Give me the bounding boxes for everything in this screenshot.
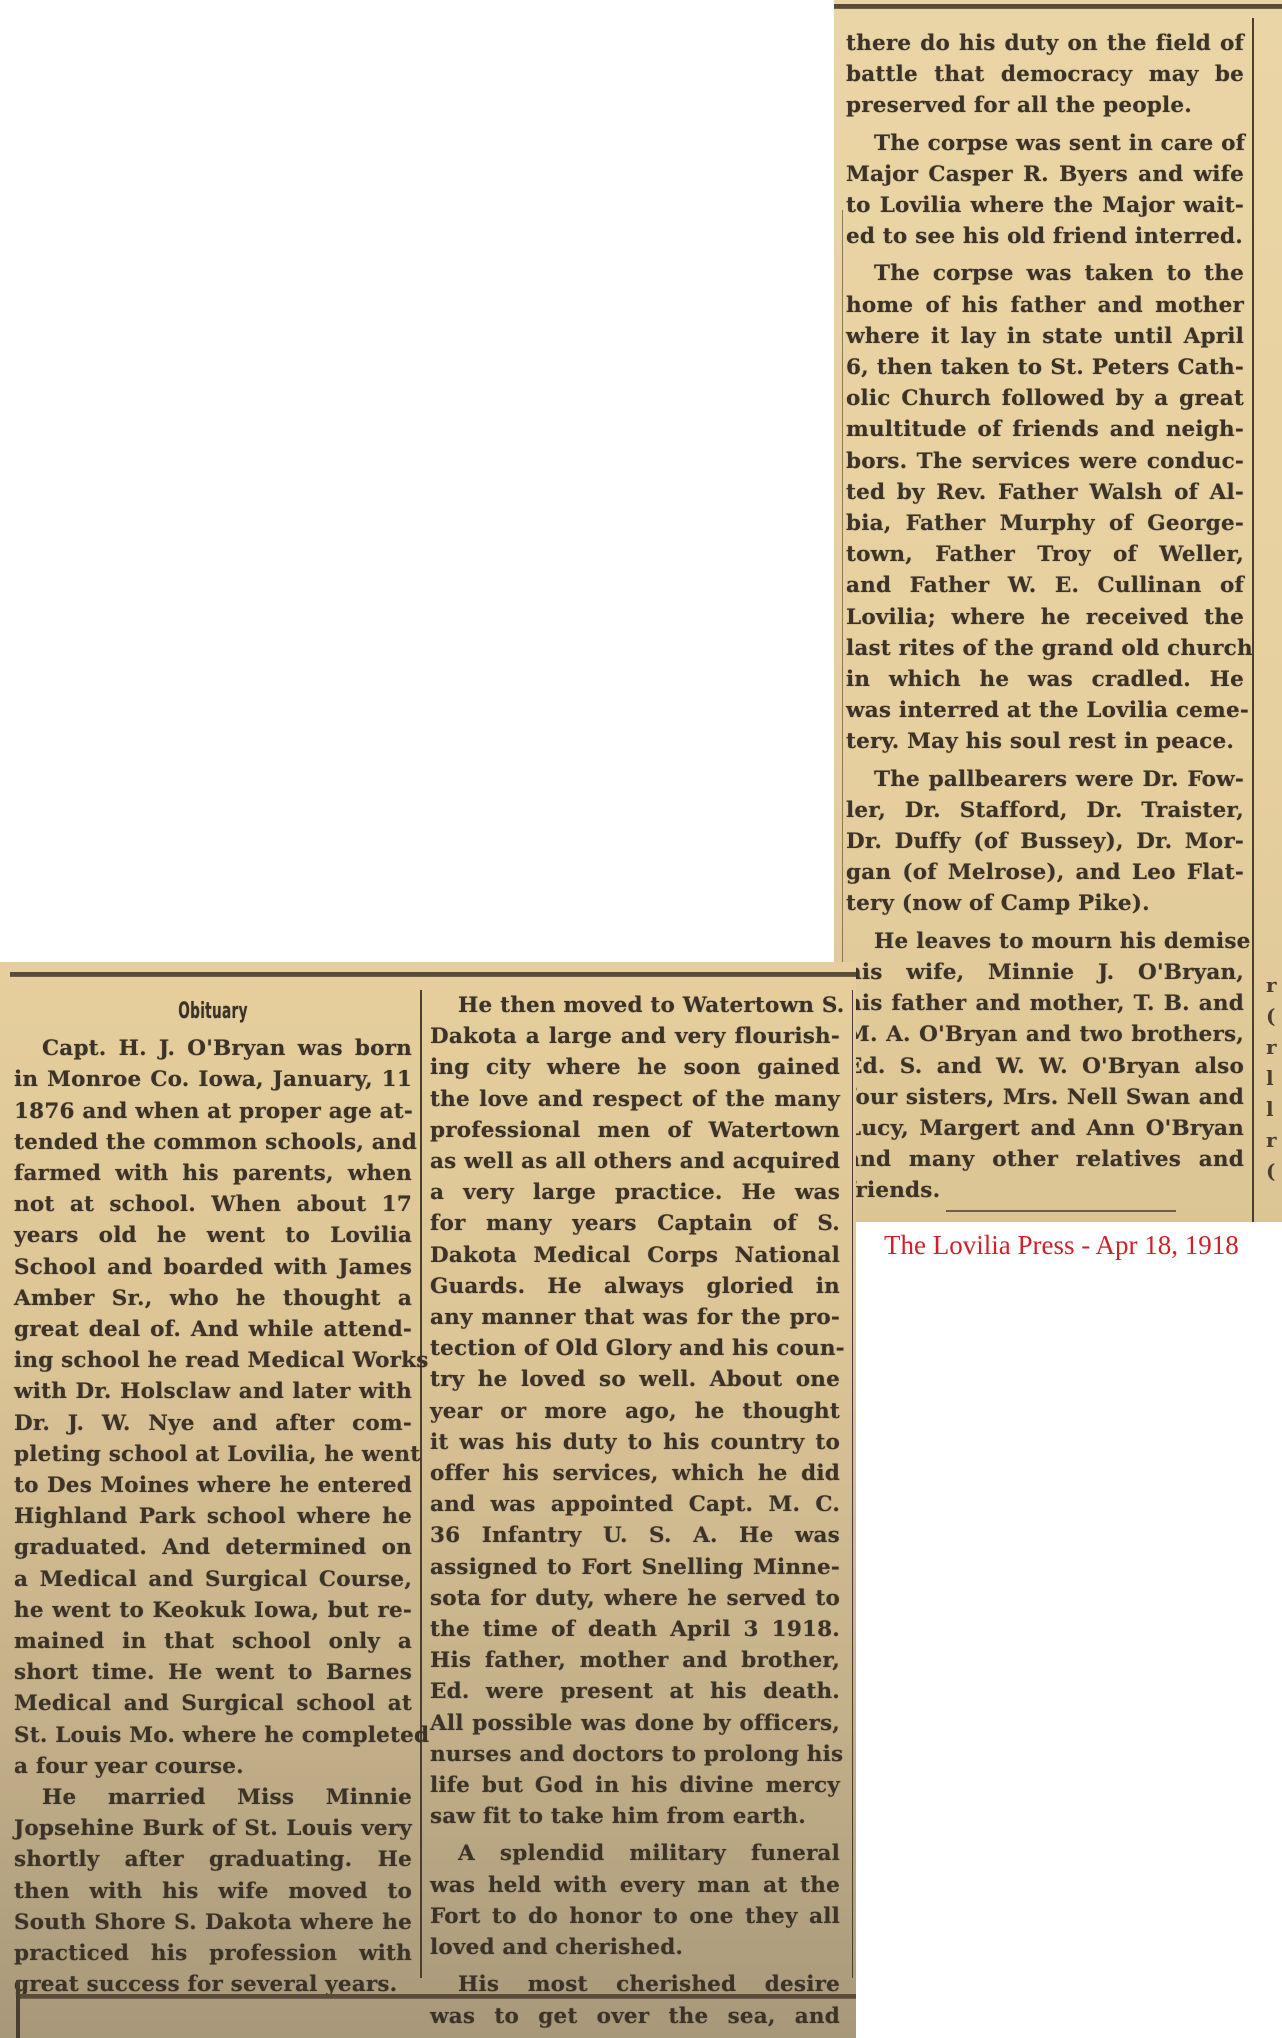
text-line: School and boarded with James — [14, 1252, 412, 1283]
text-line: years old he went to Lovilia — [14, 1220, 412, 1251]
paragraph: He leaves to mourn his demisehis wife, M… — [846, 926, 1244, 1207]
top-rule — [834, 4, 1282, 9]
text-line: try he loved so well. About one — [430, 1364, 840, 1395]
fragment-char: l — [1266, 1094, 1282, 1125]
text-line: ing city where he soon gained — [430, 1052, 840, 1083]
text-line: ing school he read Medical Works — [14, 1345, 412, 1376]
text-line: Highland Park school where he — [14, 1501, 412, 1532]
text-line: with Dr. Holsclaw and later with — [14, 1376, 412, 1407]
text-line: the time of death April 3 1918. — [430, 1614, 840, 1645]
text-line: Dakota a large and very flourish- — [430, 1021, 840, 1052]
end-rule — [946, 1210, 1176, 1212]
article-column-3: there do his duty on the field ofbattle … — [846, 28, 1244, 1207]
text-line: 6, then taken to St. Peters Cath- — [846, 352, 1244, 383]
column-divider-right — [852, 990, 853, 1978]
paragraph: there do his duty on the field ofbattle … — [846, 28, 1244, 122]
text-line: loved and cherished. — [430, 1932, 840, 1963]
text-line: South Shore S. Dakota where he — [14, 1907, 412, 1938]
text-line: Lovilia; where he received the — [846, 602, 1244, 633]
text-line: He married Miss Minnie — [14, 1782, 412, 1813]
text-line: Dakota Medical Corps National — [430, 1240, 840, 1271]
text-line: short time. He went to Barnes — [14, 1657, 412, 1688]
text-line: The corpse was taken to the — [846, 258, 1244, 289]
text-line: assigned to Fort Snelling Minne- — [430, 1552, 840, 1583]
text-line: as well as all others and acquired — [430, 1146, 840, 1177]
text-line: to Des Moines where he entered — [14, 1470, 412, 1501]
text-line: tection of Old Glory and his coun- — [430, 1333, 840, 1364]
text-line: life but God in his divine mercy — [430, 1770, 840, 1801]
paragraph: He then moved to Watertown S.Dakota a la… — [430, 990, 840, 1832]
source-caption: The Lovilia Press - Apr 18, 1918 — [884, 1230, 1239, 1261]
paragraph: A splendid military funeralwas held with… — [430, 1838, 840, 1963]
text-line: a Medical and Surgical Course, — [14, 1564, 412, 1595]
text-line: where it lay in state until April — [846, 321, 1244, 352]
text-line: friends. — [846, 1175, 1244, 1206]
article-heading: Obituary — [90, 996, 337, 1027]
text-line: home of his father and mother — [846, 290, 1244, 321]
bottom-rule — [16, 1994, 856, 1999]
text-line: and was appointed Capt. M. C. — [430, 1489, 840, 1520]
column-divider — [1252, 18, 1254, 1222]
text-line: bors. The services were conduc- — [846, 446, 1244, 477]
fragment-char: l — [1266, 1063, 1282, 1094]
text-line: mained in that school only a — [14, 1626, 412, 1657]
bottom-corner-mark — [16, 1980, 20, 2038]
text-line: His father, mother and brother, — [430, 1645, 840, 1676]
clipping-continuation: there do his duty on the field ofbattle … — [834, 0, 1282, 1222]
paragraph: Capt. H. J. O'Bryan was bornin Monroe Co… — [14, 1033, 412, 1782]
text-line: The corpse was sent in care of — [846, 128, 1244, 159]
text-line: tended the common schools, and — [14, 1127, 412, 1158]
paragraph: The pallbearers were Dr. Fow-ler, Dr. St… — [846, 764, 1244, 920]
text-line: practiced his profession with — [14, 1938, 412, 1969]
text-line: St. Louis Mo. where he completed — [14, 1720, 412, 1751]
column-divider — [420, 990, 422, 1978]
text-line: to Lovilia where the Major wait- — [846, 190, 1244, 221]
text-line: then with his wife moved to — [14, 1876, 412, 1907]
text-line: Ed. were present at his death. — [430, 1676, 840, 1707]
text-line: 36 Infantry U. S. A. He was — [430, 1520, 840, 1551]
text-line: shortly after graduating. He — [14, 1844, 412, 1875]
fragment-char: r — [1266, 1125, 1282, 1156]
text-line: his wife, Minnie J. O'Bryan, — [846, 957, 1244, 988]
text-line: Major Casper R. Byers and wife — [846, 159, 1244, 190]
text-line: town, Father Troy of Weller, — [846, 539, 1244, 570]
text-line: He leaves to mourn his demise — [846, 926, 1244, 957]
text-line: professional men of Watertown — [430, 1115, 840, 1146]
clipping-obituary: Obituary Capt. H. J. O'Bryan was bornin … — [0, 962, 856, 2038]
text-line: was held with every man at the — [430, 1870, 840, 1901]
text-line: a four year course. — [14, 1751, 412, 1782]
text-line: and many other relatives and — [846, 1144, 1244, 1175]
text-line: M. A. O'Bryan and two brothers, — [846, 1019, 1244, 1050]
text-line: Jopsehine Burk of St. Louis very — [14, 1813, 412, 1844]
text-line: He then moved to Watertown S. — [430, 990, 840, 1021]
paragraph: His most cherished desirewas to get over… — [430, 1969, 840, 2031]
text-line: ted by Rev. Father Walsh of Al- — [846, 477, 1244, 508]
text-line: four sisters, Mrs. Nell Swan and — [846, 1082, 1244, 1113]
text-line: nurses and doctors to prolong his — [430, 1739, 840, 1770]
text-line: 1876 and when at proper age at- — [14, 1096, 412, 1127]
text-line: and Father W. E. Cullinan of — [846, 570, 1244, 601]
text-line: gan (of Melrose), and Leo Flat- — [846, 857, 1244, 888]
text-line: was interred at the Lovilia ceme- — [846, 695, 1244, 726]
text-line: a very large practice. He was — [430, 1177, 840, 1208]
text-line: it was his duty to his country to — [430, 1427, 840, 1458]
paragraph: He married Miss MinnieJopsehine Burk of … — [14, 1782, 412, 2000]
text-line: Dr. Duffy (of Bussey), Dr. Mor- — [846, 826, 1244, 857]
article-column-1: Obituary Capt. H. J. O'Bryan was bornin … — [14, 992, 412, 2001]
text-line: pleting school at Lovilia, he went — [14, 1439, 412, 1470]
text-line: was to get over the sea, and — [430, 2001, 840, 2032]
article-column-2: He then moved to Watertown S.Dakota a la… — [430, 990, 840, 2032]
text-line: All possible was done by officers, — [430, 1708, 840, 1739]
fragment-char: r — [1266, 1032, 1282, 1063]
text-line: battle that democracy may be — [846, 59, 1244, 90]
text-line: last rites of the grand old church — [846, 633, 1244, 664]
text-line: Fort to do honor to one they all — [430, 1901, 840, 1932]
fragment-char: ( — [1266, 1156, 1282, 1187]
text-line: year or more ago, he thought — [430, 1396, 840, 1427]
text-line: Dr. J. W. Nye and after com- — [14, 1408, 412, 1439]
text-line: Capt. H. J. O'Bryan was born — [14, 1033, 412, 1064]
text-line: Guards. He always gloried in — [430, 1271, 840, 1302]
text-line: the love and respect of the many — [430, 1084, 840, 1115]
text-line: graduated. And determined on — [14, 1532, 412, 1563]
text-line: Ed. S. and W. W. O'Bryan also — [846, 1051, 1244, 1082]
text-line: ler, Dr. Stafford, Dr. Traister, — [846, 795, 1244, 826]
text-line: his father and mother, T. B. and — [846, 988, 1244, 1019]
text-line: olic Church followed by a great — [846, 383, 1244, 414]
text-line: offer his services, which he did — [430, 1458, 840, 1489]
text-line: there do his duty on the field of — [846, 28, 1244, 59]
text-line: Lucy, Margert and Ann O'Bryan — [846, 1113, 1244, 1144]
text-line: preserved for all the people. — [846, 90, 1244, 121]
text-line: Medical and Surgical school at — [14, 1688, 412, 1719]
text-line: tery. May his soul rest in peace. — [846, 726, 1244, 757]
text-line: farmed with his parents, when — [14, 1158, 412, 1189]
text-line: bia, Father Murphy of George- — [846, 508, 1244, 539]
text-line: ed to see his old friend interred. — [846, 221, 1244, 252]
text-line: in Monroe Co. Iowa, January, 11 — [14, 1064, 412, 1095]
text-line: not at school. When about 17 — [14, 1189, 412, 1220]
adjacent-column-fragment: r(rllr( — [1266, 970, 1282, 1187]
text-line: A splendid military funeral — [430, 1838, 840, 1869]
text-line: great deal of. And while attend- — [14, 1314, 412, 1345]
text-line: Amber Sr., who he thought a — [14, 1283, 412, 1314]
text-line: saw fit to take him from earth. — [430, 1801, 840, 1832]
text-line: any manner that was for the pro- — [430, 1302, 840, 1333]
text-line: tery (now of Camp Pike). — [846, 888, 1244, 919]
paragraph: The corpse was taken to thehome of his f… — [846, 258, 1244, 757]
paragraph: The corpse was sent in care ofMajor Casp… — [846, 128, 1244, 253]
text-line: The pallbearers were Dr. Fow- — [846, 764, 1244, 795]
text-line: sota for duty, where he served to — [430, 1583, 840, 1614]
fragment-char: r — [1266, 970, 1282, 1001]
text-line: in which he was cradled. He — [846, 664, 1244, 695]
fragment-char: ( — [1266, 1001, 1282, 1032]
text-line: he went to Keokuk Iowa, but re- — [14, 1595, 412, 1626]
text-line: multitude of friends and neigh- — [846, 414, 1244, 445]
text-line: for many years Captain of S. — [430, 1208, 840, 1239]
top-rule — [10, 972, 856, 977]
